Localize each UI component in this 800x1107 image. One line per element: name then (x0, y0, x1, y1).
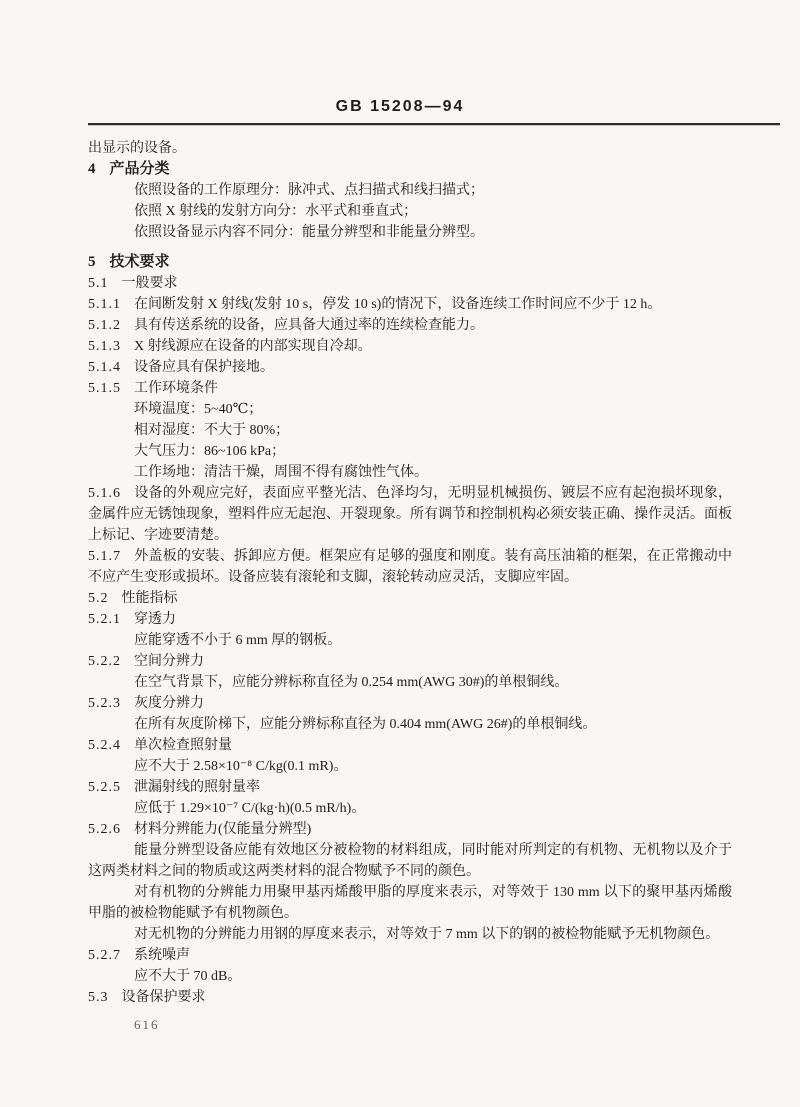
clause-5-2-4: 5.2.4单次检查照射量 (88, 735, 732, 756)
clause-5-2-1: 5.2.1穿透力 (88, 609, 732, 630)
classification-item: 依照设备显示内容不同分：能量分辨型和非能量分辨型。 (88, 222, 732, 243)
clause-5-2-6-paragraph: 对无机物的分辨能力用钢的厚度来表示，对等效于 7 mm 以下的钢的被检物能赋予无… (88, 924, 732, 945)
clause-number: 5.1.6 (88, 486, 121, 501)
clause-5-2-7-text: 应不大于 70 dB。 (88, 966, 732, 987)
section-5-heading: 5技术要求 (88, 252, 732, 273)
clause-text: 设备应具有保护接地。 (134, 360, 274, 375)
clause-5-3: 5.3设备保护要求 (88, 987, 732, 1008)
continuation-paragraph: 出显示的设备。 (88, 138, 732, 159)
clause-text: 具有传送系统的设备，应具备大通过率的连续检查能力。 (134, 318, 484, 333)
condition-item: 环境温度：5~40℃； (88, 399, 732, 420)
clause-5-2-5: 5.2.5泄漏射线的照射量率 (88, 777, 732, 798)
clause-5-1-6: 5.1.6设备的外观应完好，表面应平整光洁、色泽均匀，无明显机械损伤、镀层不应有… (88, 483, 732, 546)
clause-text: 设备的外观应完好，表面应平整光洁、色泽均匀，无明显机械损伤、镀层不应有起泡损坏现… (88, 486, 732, 543)
clause-number: 5.1.1 (88, 297, 121, 312)
clause-5-2-2-text: 在空气背景下，应能分辨标称直径为 0.254 mm(AWG 30#)的单根铜线。 (88, 672, 732, 693)
clause-5-1-1: 5.1.1在间断发射 X 射线(发射 10 s，停发 10 s)的情况下，设备连… (88, 294, 732, 315)
clause-text: X 射线源应在设备的内部实现自冷却。 (134, 339, 372, 354)
clause-number: 5.1.3 (88, 339, 121, 354)
document-page: GB 15208—94 出显示的设备。 4产品分类 依照设备的工作原理分：脉冲式… (0, 0, 800, 1107)
clause-title: 工作环境条件 (134, 381, 218, 396)
clause-number: 5.2.2 (88, 654, 121, 669)
clause-5-2-4-text: 应不大于 2.58×10⁻⁸ C/kg(0.1 mR)。 (88, 756, 732, 777)
clause-number: 5.1.4 (88, 360, 121, 375)
clause-number: 5.2.7 (88, 948, 121, 963)
section-4-heading: 4产品分类 (88, 159, 732, 180)
clause-number: 5.2.3 (88, 696, 121, 711)
doc-code-header: GB 15208—94 (0, 0, 800, 116)
clause-title: 穿透力 (134, 612, 176, 627)
clause-number: 5.2.5 (88, 780, 121, 795)
clause-5-2-1-text: 应能穿透不小于 6 mm 厚的钢板。 (88, 630, 732, 651)
clause-5-1-3: 5.1.3X 射线源应在设备的内部实现自冷却。 (88, 336, 732, 357)
section-title: 产品分类 (110, 161, 170, 177)
clause-5-1: 5.1一般要求 (88, 273, 732, 294)
clause-title: 材料分辨能力(仅能量分辨型) (134, 822, 311, 837)
clause-5-2-6-paragraph: 能量分辨型设备应能有效地区分被检物的材料组成，同时能对所判定的有机物、无机物以及… (88, 840, 732, 882)
classification-item: 依照 X 射线的发射方向分：水平式和垂直式； (88, 201, 732, 222)
clause-5-2: 5.2性能指标 (88, 588, 732, 609)
section-number: 5 (88, 254, 97, 270)
clause-title: 系统噪声 (134, 948, 190, 963)
page-number: 616 (134, 1017, 800, 1033)
clause-number: 5.2 (88, 591, 109, 606)
clause-number: 5.1.7 (88, 549, 121, 564)
condition-item: 工作场地：清洁干燥，周围不得有腐蚀性气体。 (88, 462, 732, 483)
clause-5-2-3-text: 在所有灰度阶梯下，应能分辨标称直径为 0.404 mm(AWG 26#)的单根铜… (88, 714, 732, 735)
section-number: 4 (88, 161, 97, 177)
clause-5-2-6: 5.2.6材料分辨能力(仅能量分辨型) (88, 819, 732, 840)
clause-5-2-3: 5.2.3灰度分辨力 (88, 693, 732, 714)
clause-text: 在间断发射 X 射线(发射 10 s，停发 10 s)的情况下，设备连续工作时间… (134, 297, 661, 312)
clause-title: 空间分辨力 (134, 654, 204, 669)
clause-number: 5.2.4 (88, 738, 121, 753)
condition-item: 大气压力：86~106 kPa； (88, 441, 732, 462)
clause-5-1-4: 5.1.4设备应具有保护接地。 (88, 357, 732, 378)
clause-title: 灰度分辨力 (134, 696, 204, 711)
classification-item: 依照设备的工作原理分：脉冲式、点扫描式和线扫描式； (88, 180, 732, 201)
clause-text: 外盖板的安装、拆卸应方便。框架应有足够的强度和刚度。装有高压油箱的框架，在正常搬… (88, 549, 732, 585)
clause-5-2-5-text: 应低于 1.29×10⁻⁷ C/(kg·h)(0.5 mR/h)。 (88, 798, 732, 819)
clause-number: 5.2.6 (88, 822, 121, 837)
clause-title: 设备保护要求 (122, 990, 206, 1005)
clause-5-1-5: 5.1.5工作环境条件 (88, 378, 732, 399)
clause-5-1-2: 5.1.2具有传送系统的设备，应具备大通过率的连续检查能力。 (88, 315, 732, 336)
clause-title: 泄漏射线的照射量率 (134, 780, 260, 795)
section-title: 技术要求 (110, 254, 170, 270)
clause-number: 5.1 (88, 276, 109, 291)
clause-title: 单次检查照射量 (134, 738, 232, 753)
clause-5-2-2: 5.2.2空间分辨力 (88, 651, 732, 672)
clause-number: 5.3 (88, 990, 109, 1005)
header-rule (88, 123, 780, 125)
clause-5-1-7: 5.1.7外盖板的安装、拆卸应方便。框架应有足够的强度和刚度。装有高压油箱的框架… (88, 546, 732, 588)
clause-number: 5.1.5 (88, 381, 121, 396)
condition-item: 相对湿度：不大于 80%； (88, 420, 732, 441)
clause-number: 5.1.2 (88, 318, 121, 333)
clause-5-2-7: 5.2.7系统噪声 (88, 945, 732, 966)
clause-title: 一般要求 (122, 276, 178, 291)
clause-number: 5.2.1 (88, 612, 121, 627)
clause-title: 性能指标 (122, 591, 178, 606)
clause-5-2-6-paragraph: 对有机物的分辨能力用聚甲基丙烯酸甲脂的厚度来表示，对等效于 130 mm 以下的… (88, 882, 732, 924)
page-content: 出显示的设备。 4产品分类 依照设备的工作原理分：脉冲式、点扫描式和线扫描式； … (88, 138, 732, 1008)
